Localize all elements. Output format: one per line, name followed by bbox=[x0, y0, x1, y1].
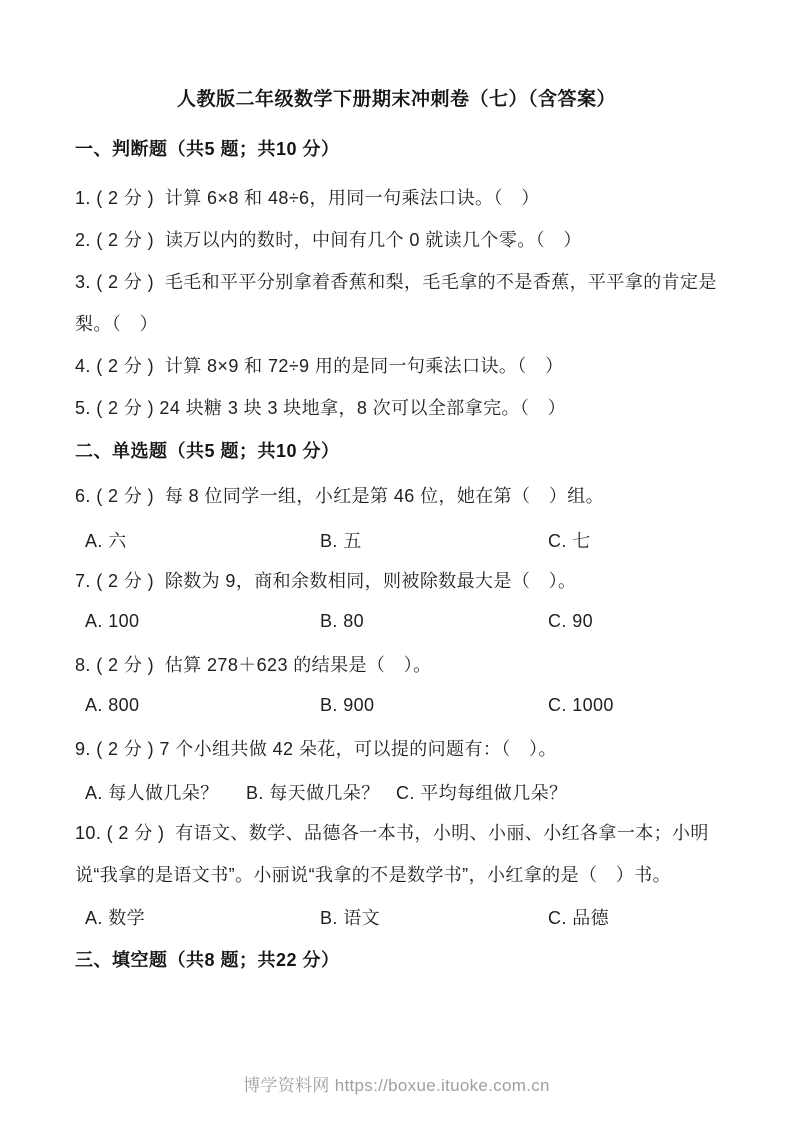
question-7-option-b: B. 80 bbox=[320, 611, 364, 632]
question-8-option-b: B. 900 bbox=[320, 695, 374, 716]
question-8-options-row: A. 800 B. 900 C. 1000 bbox=[0, 695, 793, 723]
question-6-options-row: A. 六 B. 五 C. 七 bbox=[0, 527, 793, 555]
question-6-option-b: B. 五 bbox=[320, 527, 362, 553]
section-heading-judgement: 一、判断题（共5 题；共10 分） bbox=[75, 135, 340, 161]
question-9-option-c: C. 平均每组做几朵？ bbox=[396, 779, 567, 805]
question-3-line-2: 梨。（ ） bbox=[75, 312, 158, 337]
section-heading-single-choice: 二、单选题（共5 题；共10 分） bbox=[75, 437, 340, 463]
question-7: 7. ( 2 分 ) 除数为 9，商和余数相同，则被除数最大是（ ）。 bbox=[75, 569, 576, 594]
exam-paper-page: 人教版二年级数学下册期末冲刺卷（七）（含答案） 一、判断题（共5 题；共10 分… bbox=[0, 0, 793, 1122]
question-1: 1. ( 2 分 ) 计算 6×8 和 48÷6，用同一句乘法口诀。（ ） bbox=[75, 186, 540, 211]
question-5: 5. ( 2 分 ) 24 块糖 3 块 3 块地拿，8 次可以全部拿完。（ ） bbox=[75, 396, 566, 421]
question-10-options-row: A. 数学 B. 语文 C. 品德 bbox=[0, 904, 793, 932]
question-10-option-c: C. 品德 bbox=[548, 904, 609, 930]
question-6: 6. ( 2 分 ) 每 8 位同学一组，小红是第 46 位，她在第（ ）组。 bbox=[75, 484, 604, 509]
page-title: 人教版二年级数学下册期末冲刺卷（七）（含答案） bbox=[0, 84, 793, 111]
question-7-options-row: A. 100 B. 80 C. 90 bbox=[0, 611, 793, 639]
question-7-option-a: A. 100 bbox=[85, 611, 139, 632]
question-8-option-a: A. 800 bbox=[85, 695, 139, 716]
question-10-line-1: 10. ( 2 分 ) 有语文、数学、品德各一本书，小明、小丽、小红各拿一本；小… bbox=[75, 821, 709, 846]
question-9-option-a: A. 每人做几朵？ bbox=[85, 779, 219, 805]
question-10-option-a: A. 数学 bbox=[85, 904, 145, 930]
question-9-option-b: B. 每天做几朵？ bbox=[246, 779, 380, 805]
question-9: 9. ( 2 分 ) 7 个小组共做 42 朵花，可以提的问题有：（ ）。 bbox=[75, 737, 557, 762]
question-7-option-c: C. 90 bbox=[548, 611, 593, 632]
page-footer-watermark: 博学资料网 https://boxue.ituoke.com.cn bbox=[0, 1071, 793, 1096]
question-8-option-c: C. 1000 bbox=[548, 695, 614, 716]
question-10-option-b: B. 语文 bbox=[320, 904, 380, 930]
question-9-options-row: A. 每人做几朵？ B. 每天做几朵？ C. 平均每组做几朵？ bbox=[0, 779, 793, 807]
question-4: 4. ( 2 分 ) 计算 8×9 和 72÷9 用的是同一句乘法口诀。（ ） bbox=[75, 354, 563, 379]
question-6-option-c: C. 七 bbox=[548, 527, 591, 553]
question-2: 2. ( 2 分 ) 读万以内的数时，中间有几个 0 就读几个零。（ ） bbox=[75, 228, 582, 253]
question-10-line-2: 说“我拿的是语文书”。小丽说“我拿的不是数学书”，小红拿的是（ ）书。 bbox=[75, 863, 671, 888]
question-6-option-a: A. 六 bbox=[85, 527, 127, 553]
question-3-line-1: 3. ( 2 分 ) 毛毛和平平分别拿着香蕉和梨，毛毛拿的不是香蕉，平平拿的肯定… bbox=[75, 270, 717, 295]
section-heading-fill-blank: 三、填空题（共8 题；共22 分） bbox=[75, 946, 340, 972]
question-8: 8. ( 2 分 ) 估算 278＋623 的结果是（ ）。 bbox=[75, 653, 431, 678]
